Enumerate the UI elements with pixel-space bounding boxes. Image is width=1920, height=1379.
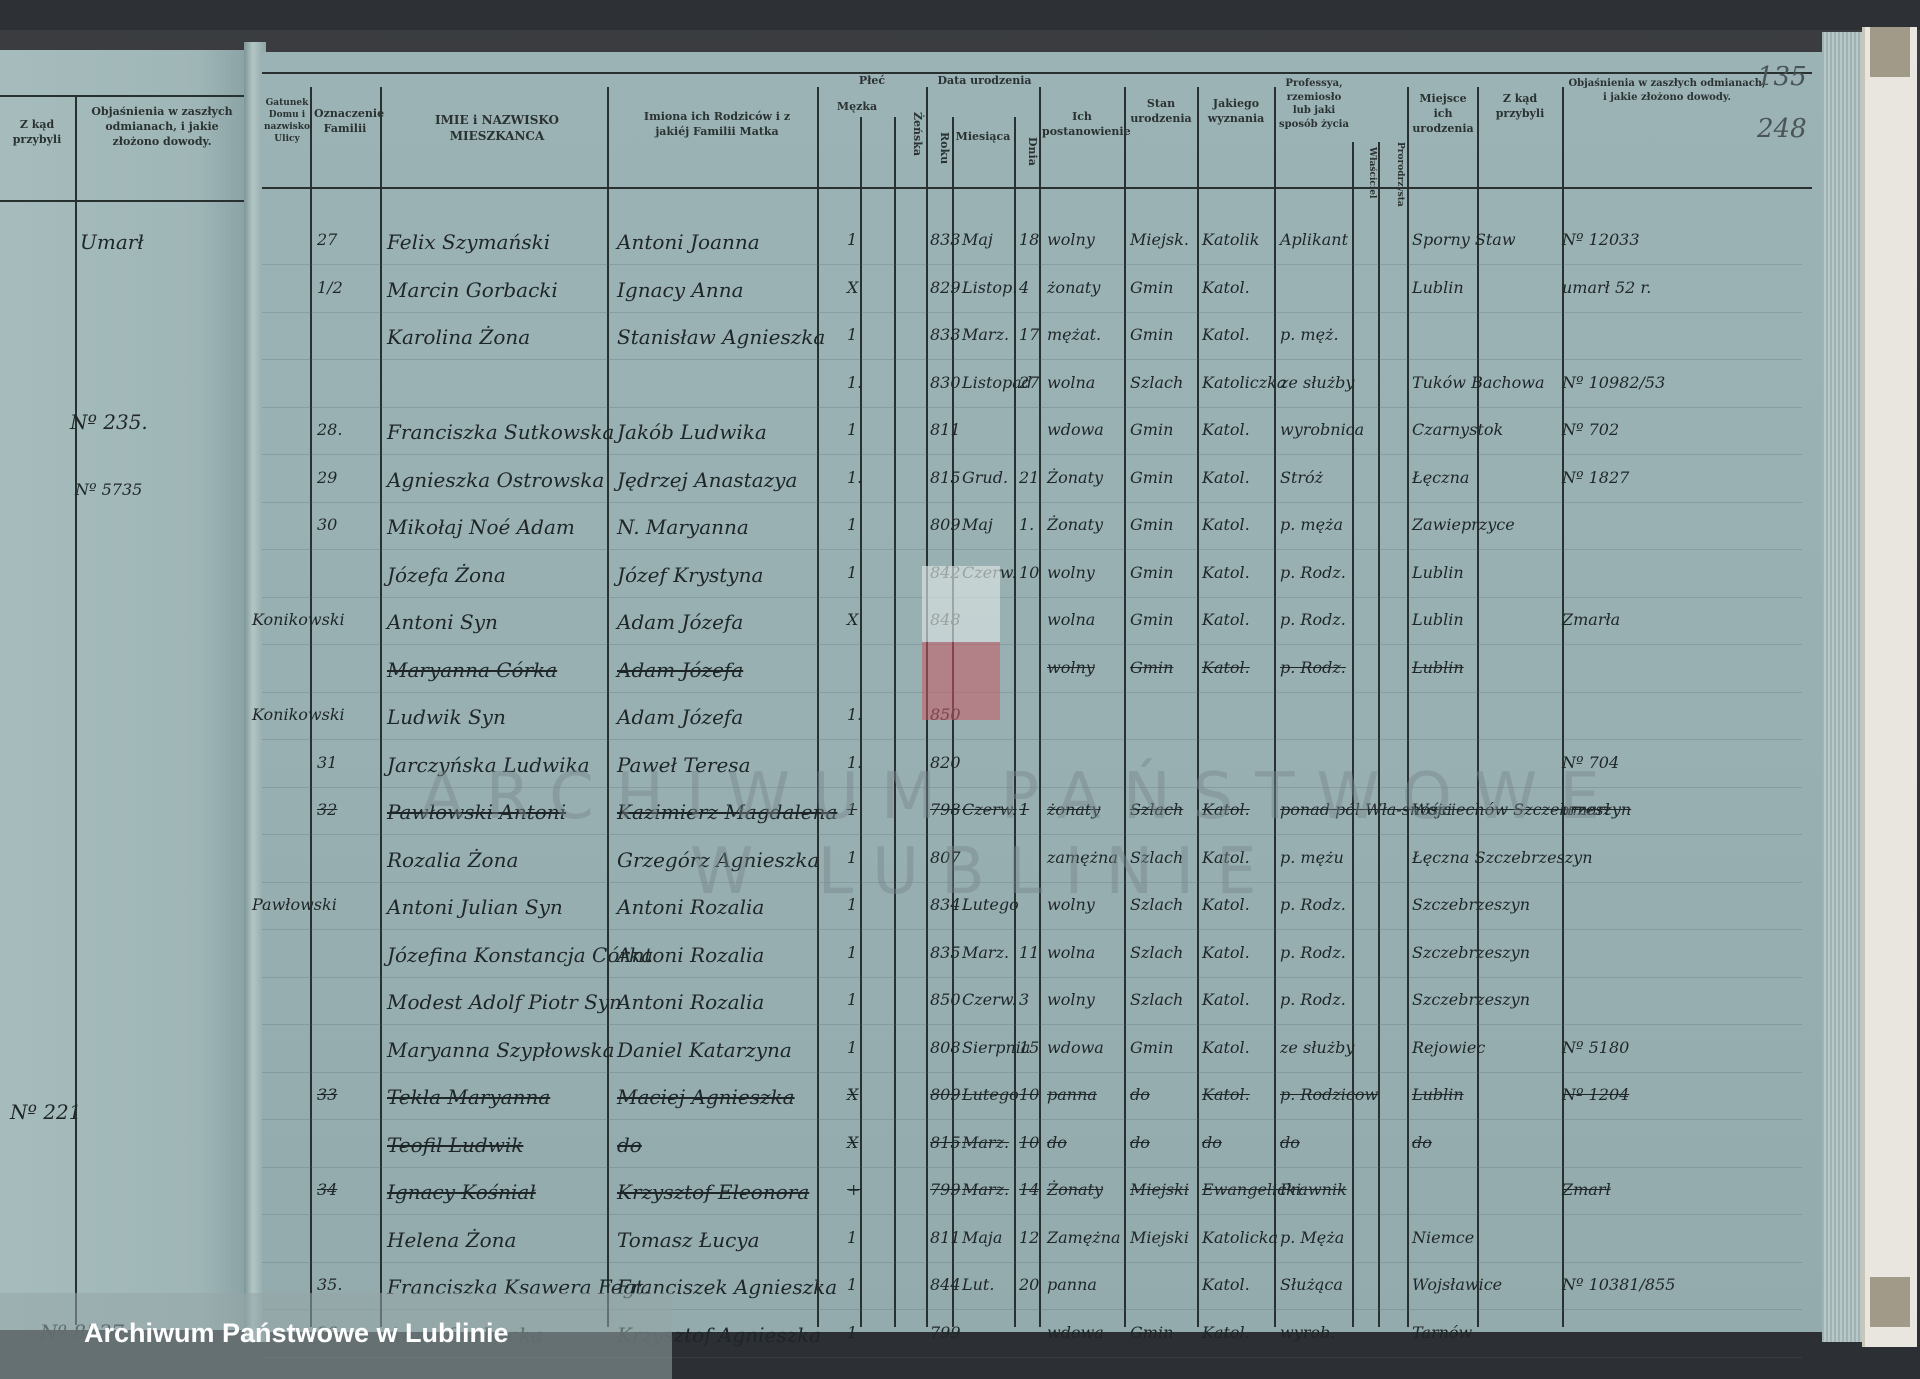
birth-day: 1. [1019, 515, 1034, 534]
birth-year: 835 [930, 943, 961, 962]
estate: Miejski [1130, 1228, 1189, 1247]
parents-names: Adam Józefa [617, 610, 743, 634]
column-line [894, 117, 896, 1327]
profession: do [1280, 1133, 1300, 1152]
header-female: Żeńska [894, 112, 924, 156]
row-number: 34 [317, 1180, 337, 1199]
resident-name: Maryanna Córka [387, 658, 557, 682]
corner-protector [1870, 1277, 1910, 1327]
profession: p. męża [1280, 515, 1343, 534]
birth-day: 10 [1019, 563, 1039, 582]
resident-name: Marcin Gorbacki [387, 278, 558, 302]
birth-day: 20 [1019, 1275, 1039, 1294]
estate: do [1130, 1085, 1150, 1104]
header-year: Roku [927, 132, 951, 164]
row-rule [262, 739, 1802, 740]
birth-year: 808 [930, 1038, 961, 1057]
column-line [1274, 87, 1276, 1327]
marital-status: wdowa [1047, 420, 1104, 439]
left-note: Nº 221 [10, 1100, 81, 1124]
column-line [607, 87, 609, 1327]
parents-names: Maciej Agnieszka [617, 1085, 795, 1109]
column-line [1378, 142, 1380, 1327]
from-where: Nº 1204 [1562, 1085, 1629, 1104]
from-where: Nº 5180 [1562, 1038, 1629, 1057]
estate: Gmin [1130, 468, 1173, 487]
birth-month: Marz. [962, 1133, 1009, 1152]
marital-status: panna [1047, 1275, 1097, 1294]
from-where: Nº 12033 [1562, 230, 1640, 249]
marital-status: Żonaty [1047, 515, 1103, 534]
estate: Gmin [1130, 658, 1173, 677]
header-rule [262, 72, 1812, 74]
row-number: 30 [317, 515, 337, 534]
birthplace: Zawieprzyce [1412, 515, 1515, 534]
sex-mark: 1 [847, 563, 857, 582]
marital-status: wdowa [1047, 1038, 1104, 1057]
parents-names: Adam Józefa [617, 658, 743, 682]
row-number: 29 [317, 468, 337, 487]
row-number: 28. [317, 420, 342, 439]
sex-mark: 1. [847, 373, 862, 392]
birth-day: 3 [1019, 990, 1029, 1009]
birth-year: 809 [930, 1085, 961, 1104]
religion: Katol. [1202, 515, 1250, 534]
estate: Gmin [1130, 1323, 1173, 1342]
birth-month: Maja [962, 1228, 1002, 1247]
birthplace: Szczebrzeszyn [1412, 990, 1530, 1009]
religion: Katolik [1202, 230, 1259, 249]
estate: do [1130, 1133, 1150, 1152]
birth-year: 844 [930, 1275, 961, 1294]
from-where: Nº 1827 [1562, 468, 1629, 487]
parents-names: do [617, 1133, 642, 1157]
marital-status: Żonaty [1047, 468, 1103, 487]
profession: Aplikant [1280, 230, 1348, 249]
row-rule [262, 1214, 1802, 1215]
sex-mark: 1 [847, 943, 857, 962]
birth-year: 830 [930, 373, 961, 392]
parents-names: Jędrzej Anastazya [617, 468, 797, 492]
profession: Służąca [1280, 1275, 1343, 1294]
marital-status: żonaty [1047, 278, 1100, 297]
religion: Katol. [1202, 943, 1250, 962]
birthplace: Łęczna [1412, 468, 1469, 487]
row-number: 35. [317, 1275, 342, 1294]
resident-name: Józefa Żona [387, 563, 506, 587]
parents-names: N. Maryanna [617, 515, 749, 539]
row-rule [262, 692, 1802, 693]
column-line [1407, 87, 1409, 1327]
left-note: Umarł [80, 230, 144, 254]
birthplace: Łęczna Szczebrzeszyn [1412, 848, 1593, 867]
row-number: 31 [317, 753, 337, 772]
profession: ze służby [1280, 373, 1354, 392]
parents-names: Józef Krystyna [617, 563, 763, 587]
birthplace: Szczebrzeszyn [1412, 943, 1530, 962]
profession: p. Rodzicow [1280, 1085, 1378, 1104]
header-rule [262, 187, 1812, 189]
religion: Katol. [1202, 990, 1250, 1009]
row-rule [262, 597, 1802, 598]
profession: wyrob. [1280, 1323, 1335, 1342]
left-note: Nº 235. [70, 410, 148, 434]
birth-day: 15 [1019, 1038, 1039, 1057]
sex-mark: 1 [847, 230, 857, 249]
resident-name: Maryanna Szypłowska [387, 1038, 615, 1062]
profession: p. męż. [1280, 325, 1339, 344]
marital-status: wolny [1047, 230, 1095, 249]
marital-status: wolna [1047, 943, 1095, 962]
parents-names: Ignacy Anna [617, 278, 744, 302]
left-page: Z kąd przybyli Objaśnienia w zaszłych od… [0, 50, 250, 1330]
resident-name: Józefina Konstancja Córka [387, 943, 653, 967]
family-mark: Konikowski [252, 610, 345, 629]
birth-day: 21 [1019, 468, 1039, 487]
corner-protector [1870, 27, 1910, 77]
birth-year: 811 [930, 420, 961, 439]
birth-month: Grud. [962, 468, 1008, 487]
resident-name: Agnieszka Ostrowska [387, 468, 604, 492]
row-rule [262, 502, 1802, 503]
column-line [817, 87, 819, 1327]
birth-year: 850 [930, 990, 961, 1009]
parents-names: Jakób Ludwika [617, 420, 767, 444]
resident-name: Modest Adolf Piotr Syn [387, 990, 622, 1014]
column-line [1197, 87, 1199, 1327]
row-number: 32 [317, 800, 337, 819]
birthplace: Niemce [1412, 1228, 1474, 1247]
sex-mark: X [847, 1085, 858, 1104]
column-line [380, 87, 382, 1327]
parents-names: Tomasz Łucya [617, 1228, 760, 1252]
header-parents: Imiona ich Rodziców i z jakiéj Familii M… [627, 110, 807, 140]
birth-day: 12 [1019, 1228, 1039, 1247]
marital-status: do [1047, 1133, 1067, 1152]
profession: ze służby [1280, 1038, 1354, 1057]
profession: p. Męża [1280, 1228, 1344, 1247]
sex-mark: X [847, 1133, 858, 1152]
resident-name: Teofil Ludwik [387, 1133, 523, 1157]
sex-mark: 1. [847, 468, 862, 487]
resident-name: Felix Szymański [387, 230, 550, 254]
from-where: Nº 10381/855 [1562, 1275, 1675, 1294]
birth-month: Maj [962, 230, 993, 249]
estate: Gmin [1130, 1038, 1173, 1057]
birth-month: Marz. [962, 943, 1009, 962]
religion: Katol. [1202, 1085, 1250, 1104]
marital-status: wdowa [1047, 1323, 1104, 1342]
family-mark: Pawłowski [252, 895, 337, 914]
from-where: Nº 702 [1562, 420, 1619, 439]
row-rule [262, 977, 1802, 978]
birthplace: Czarnystok [1412, 420, 1503, 439]
parents-names: Antoni Rozalia [617, 990, 764, 1014]
religion: Katol. [1202, 1323, 1250, 1342]
header-birthplace: Miejsce ich urodzenia [1410, 92, 1476, 137]
estate: Gmin [1130, 325, 1173, 344]
sex-mark: 1 [847, 1228, 857, 1247]
sex-mark: 1 [847, 325, 857, 344]
birthplace: do [1412, 1133, 1432, 1152]
birth-year: 833 [930, 230, 961, 249]
resident-name: Mikołaj Noé Adam [387, 515, 575, 539]
highlight-marker-white [922, 566, 1000, 642]
header-day: Dnia [1015, 137, 1039, 166]
religion: Katol. [1202, 1275, 1250, 1294]
sex-mark: 1 [847, 1323, 857, 1342]
row-number: 1/2 [317, 278, 343, 297]
profession: p. mężu [1280, 848, 1344, 867]
birth-month: Lut. [962, 1275, 994, 1294]
birthplace: Rejowiec [1412, 1038, 1485, 1057]
column-line [1562, 87, 1564, 1327]
estate: Gmin [1130, 278, 1173, 297]
header-profession: Professya, rzemiosło lub jaki sposób życ… [1277, 77, 1351, 131]
header-religion: Jakiego wyznania [1200, 97, 1272, 127]
birth-month: Marz. [962, 325, 1009, 344]
archive-caption: Archiwum Państwowe w Lublinie [84, 1318, 509, 1349]
birth-year: 815 [930, 468, 961, 487]
sex-mark: 1 [847, 1038, 857, 1057]
header-birth-date: Data urodzenia [932, 74, 1037, 89]
estate: Gmin [1130, 515, 1173, 534]
marital-status: wolny [1047, 990, 1095, 1009]
estate: Szlach [1130, 373, 1183, 392]
profession: p. Rodz. [1280, 990, 1346, 1009]
row-rule [262, 1024, 1802, 1025]
birth-month: Marz. [962, 1180, 1009, 1199]
sex-mark: 1 [847, 515, 857, 534]
profession: Prawnik [1280, 1180, 1347, 1199]
birthplace: Tuków Bachowa [1412, 373, 1545, 392]
row-rule [262, 312, 1802, 313]
profession: p. Rodz. [1280, 943, 1346, 962]
religion: Katol. [1202, 278, 1250, 297]
row-number: 33 [317, 1085, 337, 1104]
religion: Katol. [1202, 325, 1250, 344]
religion: Katoliczka [1202, 373, 1286, 392]
marital-status: mężat. [1047, 325, 1101, 344]
birthplace: Lublin [1412, 610, 1464, 629]
marital-status: Zamężna [1047, 1228, 1121, 1247]
birth-month: Lutego [962, 1085, 1019, 1104]
column-line [1014, 117, 1016, 1327]
profession: p. Rodz. [1280, 658, 1346, 677]
birthplace: Tarnów [1412, 1323, 1472, 1342]
column-line [75, 95, 77, 1325]
row-rule [262, 1072, 1802, 1073]
marital-status: wolna [1047, 610, 1095, 629]
birth-day: 4 [1019, 278, 1029, 297]
birth-day: 17 [1019, 325, 1039, 344]
profession: p. Rodz. [1280, 563, 1346, 582]
header-rule [0, 200, 248, 202]
row-rule [262, 359, 1802, 360]
row-rule [262, 1262, 1802, 1263]
birthplace: Lublin [1412, 563, 1464, 582]
row-rule [262, 929, 1802, 930]
birthplace: Sporny Staw [1412, 230, 1516, 249]
birth-day: 18 [1019, 230, 1039, 249]
resident-name: Rozalia Żona [387, 848, 518, 872]
resident-name: Tekla Maryanna [387, 1085, 550, 1109]
page-number-top: 135 [1757, 62, 1807, 92]
birth-day: 14 [1019, 1180, 1039, 1199]
estate: Miejski [1130, 1180, 1189, 1199]
header-sex: Płeć [822, 74, 922, 89]
birth-month: Czerw. [962, 990, 1017, 1009]
religion: do [1202, 1133, 1222, 1152]
religion: Katol. [1202, 610, 1250, 629]
resident-name: Antoni Syn [387, 610, 498, 634]
birth-year: 833 [930, 325, 961, 344]
marital-status: wolny [1047, 563, 1095, 582]
highlight-marker-red [922, 642, 1000, 720]
profession: Stróż [1280, 468, 1323, 487]
birth-year: 799 [930, 1180, 961, 1199]
header-month: Miesiąca [954, 130, 1012, 145]
header-from-where: Z kąd przybyli [1480, 92, 1560, 122]
resident-name: Antoni Julian Syn [387, 895, 563, 919]
from-where: Zmarła [1562, 610, 1620, 629]
religion: Katolicka [1202, 1228, 1278, 1247]
left-header-explanations: Objaśnienia w zaszłych odmianach, i jaki… [82, 105, 242, 150]
marital-status: wolna [1047, 373, 1095, 392]
sex-mark: + [847, 1180, 860, 1199]
parents-names: Antoni Rozalia [617, 943, 764, 967]
row-rule [262, 1167, 1802, 1168]
row-rule [262, 644, 1802, 645]
estate: Szlach [1130, 990, 1183, 1009]
parents-names: Krzysztof Eleonora [617, 1180, 809, 1204]
from-where: Nº 10982/53 [1562, 373, 1665, 392]
estate: Szlach [1130, 943, 1183, 962]
row-number: 27 [317, 230, 337, 249]
estate: Gmin [1130, 420, 1173, 439]
resident-name: Karolina Żona [387, 325, 530, 349]
birth-day: 10 [1019, 1085, 1039, 1104]
religion: Katol. [1202, 1038, 1250, 1057]
header-explanations: Objaśnienia w zaszłych odmianach, i jaki… [1567, 77, 1767, 104]
religion: Katol. [1202, 658, 1250, 677]
birth-year: 809 [930, 515, 961, 534]
header-status: Ich postanowienie [1042, 110, 1122, 140]
column-line [1124, 87, 1126, 1327]
birth-day: 27 [1019, 373, 1039, 392]
watermark-line-1: ARCHIWUM PAŃSTWOWE [420, 760, 1622, 834]
profession: wyrobnica [1280, 420, 1364, 439]
left-note: Nº 5735 [75, 480, 142, 499]
estate: Gmin [1130, 610, 1173, 629]
profession: p. Rodz. [1280, 610, 1346, 629]
parents-names: Adam Józefa [617, 705, 743, 729]
sex-mark: X [847, 278, 858, 297]
profession: p. Rodz. [1280, 895, 1346, 914]
parents-names: Stanisław Agnieszka [617, 325, 825, 349]
header-family-mark: Oznaczenie Familii [314, 107, 376, 137]
birth-month: Listop. [962, 278, 1017, 297]
header-name: IMIE i NAZWISKO MIESZKANCA [397, 112, 597, 144]
birth-day: 11 [1019, 943, 1039, 962]
birthplace: Lublin [1412, 278, 1464, 297]
birth-day: 10 [1019, 1133, 1039, 1152]
resident-name: Ignacy Kośniał [387, 1180, 536, 1204]
birth-month: Maj [962, 515, 993, 534]
religion: Katol. [1202, 420, 1250, 439]
row-rule [262, 454, 1802, 455]
header-estate: Stan urodzenia [1127, 97, 1195, 127]
row-rule [262, 264, 1802, 265]
row-rule [262, 1119, 1802, 1120]
page-number-bottom: 248 [1757, 114, 1807, 144]
resident-name: Helena Żona [387, 1228, 516, 1252]
birth-year: 799 [930, 1323, 961, 1342]
birthplace: Lublin [1412, 1085, 1464, 1104]
sex-mark: 1 [847, 1275, 857, 1294]
estate: Gmin [1130, 563, 1173, 582]
back-cover [1862, 27, 1917, 1347]
family-mark: Konikowski [252, 705, 345, 724]
religion: Katol. [1202, 468, 1250, 487]
birth-year: 815 [930, 1133, 961, 1152]
sex-mark: X [847, 610, 858, 629]
from-where: umarł 52 r. [1562, 278, 1651, 297]
marital-status: panna [1047, 1085, 1097, 1104]
header-house-street: Gatunek Domu i nazwisko Ulicy [264, 97, 310, 146]
left-header-from-where: Z kąd przybyli [2, 118, 72, 148]
religion: Katol. [1202, 563, 1250, 582]
right-page: Gatunek Domu i nazwisko Ulicy Oznaczenie… [262, 52, 1822, 1332]
sex-mark: 1 [847, 420, 857, 439]
birthplace: Wojsławice [1412, 1275, 1502, 1294]
row-rule [262, 549, 1802, 550]
parents-names: Antoni Joanna [617, 230, 760, 254]
birth-year: 829 [930, 278, 961, 297]
parents-names: Daniel Katarzyna [617, 1038, 792, 1062]
column-line [1477, 87, 1479, 1327]
resident-name: Franciszka Sutkowska [387, 420, 614, 444]
birthplace: Szczebrzeszyn [1412, 895, 1530, 914]
row-rule [262, 407, 1802, 408]
resident-name: Ludwik Syn [387, 705, 506, 729]
page-edges [1822, 32, 1862, 1342]
header-male: Męzka [822, 100, 892, 115]
header-rule [0, 95, 248, 97]
header-proprietor: Prorodrzysta [1378, 142, 1406, 207]
sex-mark: 1. [847, 705, 862, 724]
sex-mark: 1 [847, 990, 857, 1009]
estate: Miejsk. [1130, 230, 1189, 249]
marital-status: wolny [1047, 658, 1095, 677]
birth-year: 811 [930, 1228, 961, 1247]
marital-status: Żonaty [1047, 1180, 1103, 1199]
from-where: Zmarł [1562, 1180, 1611, 1199]
watermark-line-2: W LUBLINIE [690, 835, 1279, 909]
header-owner: Właściciel [1352, 147, 1378, 198]
birthplace: Lublin [1412, 658, 1464, 677]
column-line [1352, 142, 1354, 1327]
document-viewer: Z kąd przybyli Objaśnienia w zaszłych od… [0, 0, 1920, 1379]
